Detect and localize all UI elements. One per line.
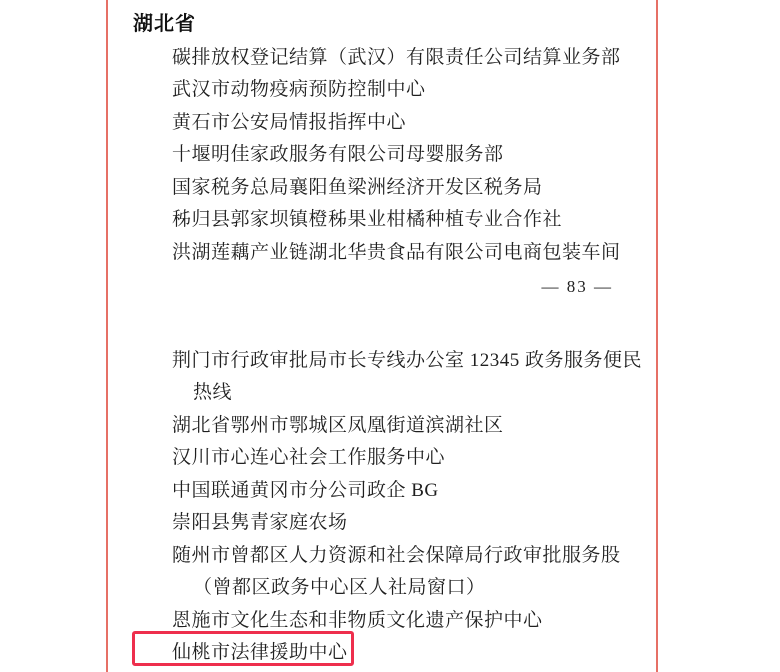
org-list-item: 湖北省鄂州市鄂城区凤凰街道滨湖社区	[106, 407, 657, 440]
org-list-item: 中国联通黄冈市分公司政企 BG	[106, 472, 657, 505]
org-list-item-continuation: （曾都区政务中心区人社局窗口）	[106, 570, 657, 603]
page-number: — 83 —	[106, 277, 657, 297]
org-list-section-2: 荆门市行政审批局市长专线办公室 12345 政务服务便民 热线 湖北省鄂州市鄂城…	[106, 342, 657, 667]
org-list-item: 随州市曾都区人力资源和社会保障局行政审批服务股	[106, 537, 657, 570]
org-list-item: 十堰明佳家政服务有限公司母婴服务部	[106, 137, 657, 170]
org-list-item: 国家税务总局襄阳鱼梁洲经济开发区税务局	[106, 169, 657, 202]
province-header: 湖北省	[133, 11, 196, 37]
org-list-item: 黄石市公安局情报指挥中心	[106, 104, 657, 137]
org-list-item: 洪湖莲藕产业链湖北华贵食品有限公司电商包装车间	[106, 234, 657, 267]
org-list-item: 秭归县郭家坝镇橙秭果业柑橘种植专业合作社	[106, 202, 657, 235]
org-list-item: 崇阳县隽青家庭农场	[106, 505, 657, 538]
org-list-item: 碳排放权登记结算（武汉）有限责任公司结算业务部	[106, 39, 657, 72]
org-list-item: 荆门市行政审批局市长专线办公室 12345 政务服务便民	[106, 342, 657, 375]
org-list-item-continuation: 热线	[106, 375, 657, 408]
org-list-section-1: 碳排放权登记结算（武汉）有限责任公司结算业务部 武汉市动物疫病预防控制中心 黄石…	[106, 39, 657, 267]
org-list-item: 武汉市动物疫病预防控制中心	[106, 72, 657, 105]
org-list-item: 恩施市文化生态和非物质文化遗产保护中心	[106, 602, 657, 635]
org-list-item: 汉川市心连心社会工作服务中心	[106, 440, 657, 473]
org-list-item-highlighted: 仙桃市法律援助中心	[106, 635, 657, 668]
